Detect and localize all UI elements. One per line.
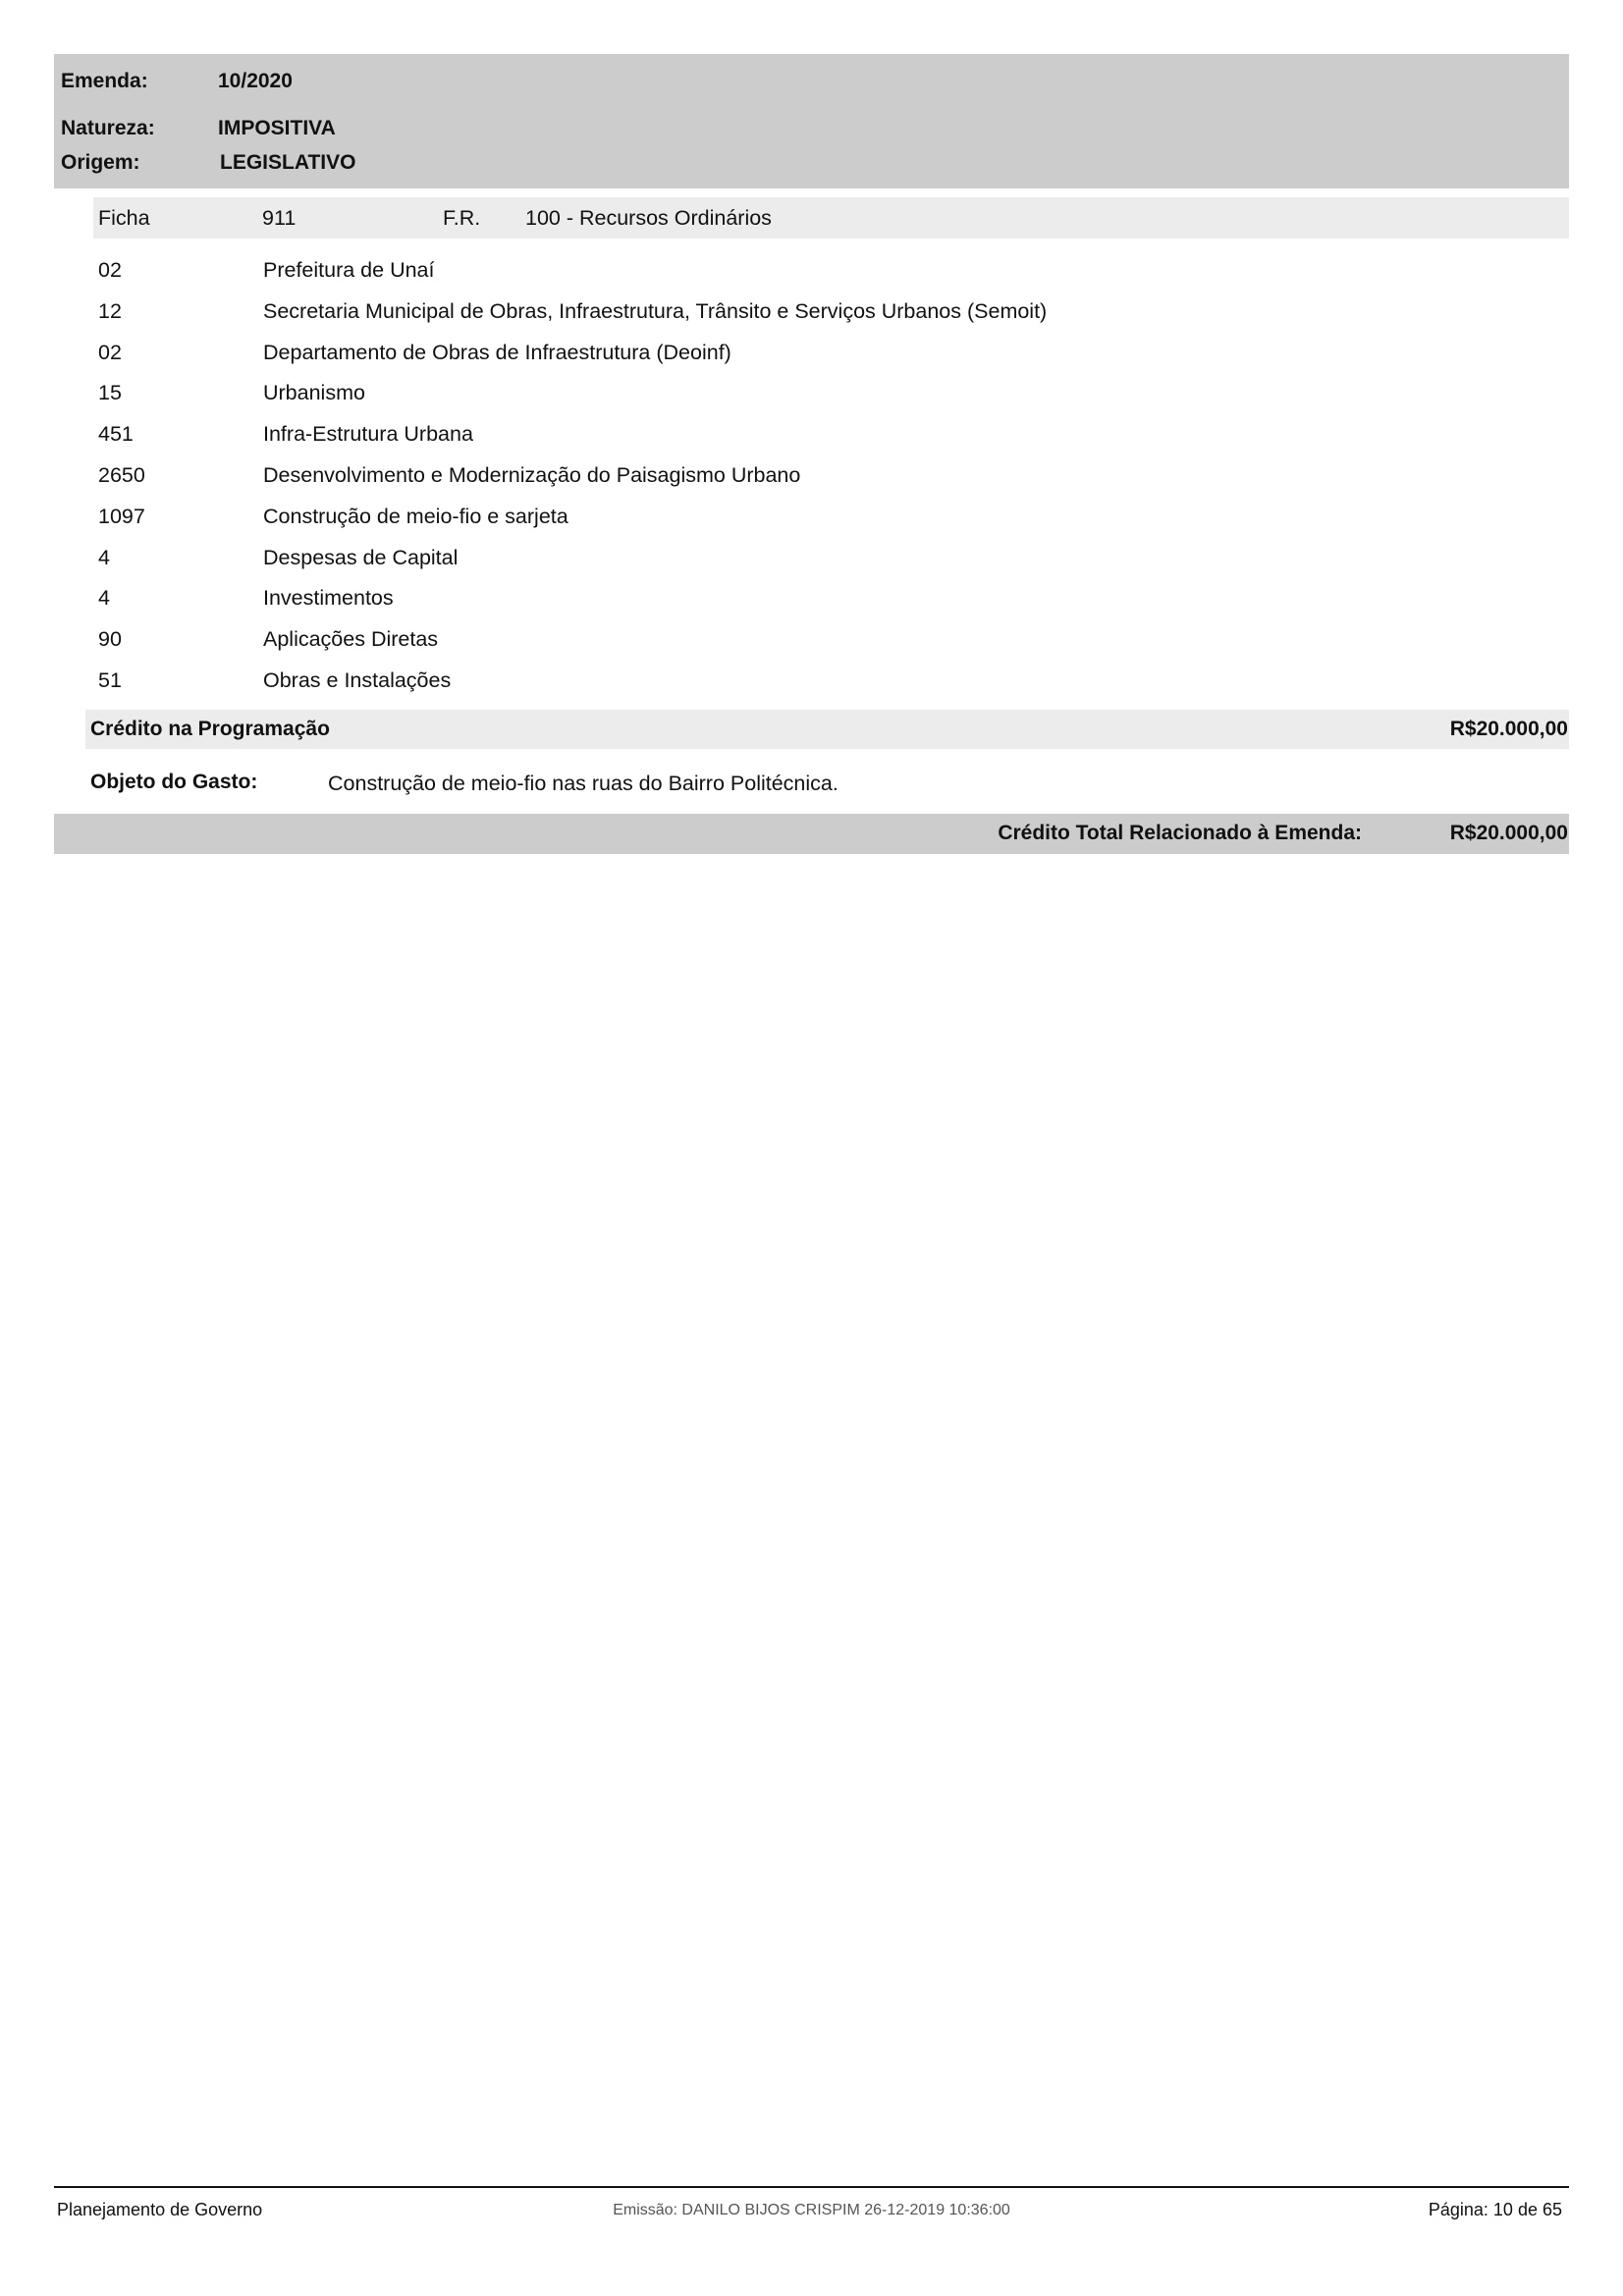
classification-description: Aplicações Diretas bbox=[263, 626, 438, 652]
classification-description: Departamento de Obras de Infraestrutura … bbox=[263, 340, 731, 365]
classification-code: 02 bbox=[98, 340, 122, 365]
classification-code: 51 bbox=[98, 667, 122, 693]
classification-description: Despesas de Capital bbox=[263, 545, 458, 570]
footer-emission: Emissão: DANILO BIJOS CRISPIM 26-12-2019… bbox=[0, 2200, 1623, 2221]
credito-programacao-value: R$20.000,00 bbox=[1450, 717, 1568, 742]
classification-row: 02Prefeitura de Unaí bbox=[0, 257, 1623, 283]
classification-description: Prefeitura de Unaí bbox=[263, 257, 435, 283]
credito-total-label: Crédito Total Relacionado à Emenda: bbox=[998, 821, 1362, 846]
classification-description: Urbanismo bbox=[263, 380, 365, 405]
classification-code: 12 bbox=[98, 298, 122, 324]
classification-code: 2650 bbox=[98, 462, 145, 488]
classification-row: 51Obras e Instalações bbox=[0, 667, 1623, 693]
classification-code: 15 bbox=[98, 380, 122, 405]
objeto-gasto-value: Construção de meio-fio nas ruas do Bairr… bbox=[328, 771, 839, 796]
footer-divider bbox=[54, 2186, 1569, 2188]
natureza-value: IMPOSITIVA bbox=[218, 116, 336, 141]
classification-code: 1097 bbox=[98, 504, 145, 529]
classification-row: 4Investimentos bbox=[0, 585, 1623, 611]
classification-row: 2650Desenvolvimento e Modernização do Pa… bbox=[0, 462, 1623, 488]
classification-row: 15Urbanismo bbox=[0, 380, 1623, 405]
objeto-gasto-label: Objeto do Gasto: bbox=[90, 770, 257, 795]
classification-code: 451 bbox=[98, 421, 134, 447]
classification-code: 4 bbox=[98, 545, 110, 570]
credito-programacao-label: Crédito na Programação bbox=[90, 717, 330, 742]
emenda-value: 10/2020 bbox=[218, 69, 293, 94]
classification-code: 90 bbox=[98, 626, 122, 652]
classification-description: Obras e Instalações bbox=[263, 667, 451, 693]
ficha-label: Ficha bbox=[98, 205, 150, 231]
ficha-row bbox=[93, 197, 1569, 239]
classification-description: Construção de meio-fio e sarjeta bbox=[263, 504, 568, 529]
classification-row: 90Aplicações Diretas bbox=[0, 626, 1623, 652]
classification-row: 12Secretaria Municipal de Obras, Infraes… bbox=[0, 298, 1623, 324]
classification-description: Infra-Estrutura Urbana bbox=[263, 421, 473, 447]
classification-code: 4 bbox=[98, 585, 110, 611]
fonte-recurso-label: F.R. bbox=[443, 205, 480, 231]
classification-description: Secretaria Municipal de Obras, Infraestr… bbox=[263, 298, 1047, 324]
classification-description: Desenvolvimento e Modernização do Paisag… bbox=[263, 462, 800, 488]
classification-row: 1097Construção de meio-fio e sarjeta bbox=[0, 504, 1623, 529]
origem-value: LEGISLATIVO bbox=[220, 150, 355, 176]
fonte-recurso-value: 100 - Recursos Ordinários bbox=[525, 205, 772, 231]
natureza-label: Natureza: bbox=[61, 116, 155, 141]
classification-row: 4Despesas de Capital bbox=[0, 545, 1623, 570]
origem-label: Origem: bbox=[61, 150, 140, 176]
classification-row: 451Infra-Estrutura Urbana bbox=[0, 421, 1623, 447]
classification-row: 02Departamento de Obras de Infraestrutur… bbox=[0, 340, 1623, 365]
classification-code: 02 bbox=[98, 257, 122, 283]
page-number: Página: 10 de 65 bbox=[1429, 2199, 1562, 2220]
classification-description: Investimentos bbox=[263, 585, 394, 611]
emenda-label: Emenda: bbox=[61, 69, 148, 94]
ficha-number: 911 bbox=[262, 205, 296, 231]
credito-total-value: R$20.000,00 bbox=[1450, 821, 1568, 846]
